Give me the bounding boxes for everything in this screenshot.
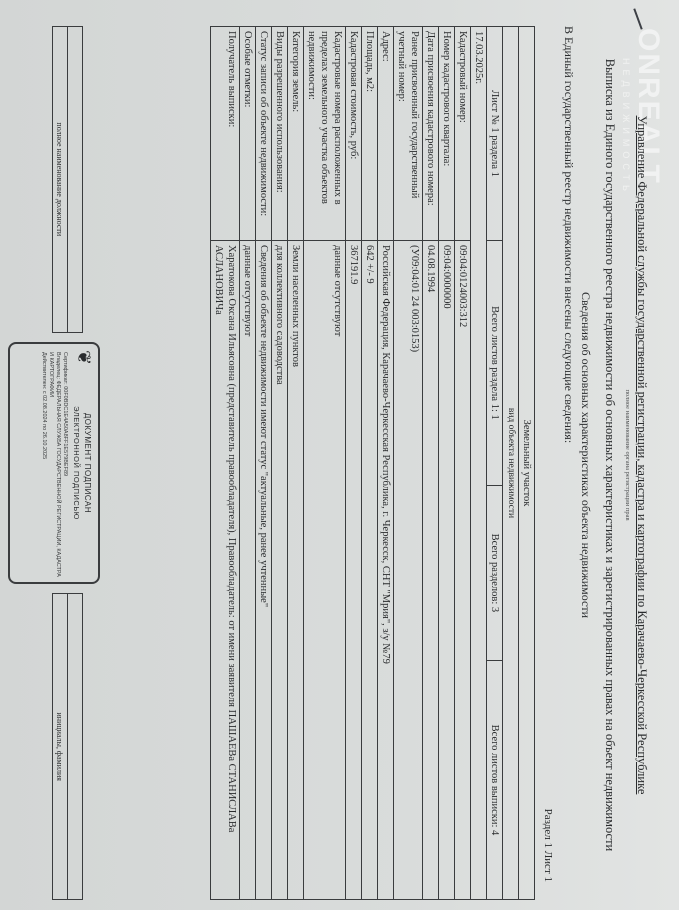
section-label: Раздел 1 Лист 1 — [542, 809, 554, 882]
document-subtitle: Сведения об основных характеристиках объ… — [578, 0, 593, 910]
extract-date: 17.03.2025г. — [471, 27, 487, 900]
row-label: Статус записи об объекте недвижимости: — [256, 27, 272, 241]
cadastral-number-value: 09:04:0124003:312 — [455, 241, 471, 900]
date-row: 17.03.2025г. — [471, 27, 487, 900]
table-row: Особые отметки:данные отсутствуют — [240, 27, 256, 900]
row-value: данные отсутствуют — [240, 241, 256, 900]
extract-table: Земельный участок вид объекта недвижимос… — [210, 26, 535, 900]
row-value: 367191.9 — [346, 241, 362, 900]
stamp-certificate: Сертификат: 00F0BDC1E4A50A8FF1E579BEF89 — [61, 352, 68, 582]
row-label: Номер кадастрового квартала: — [439, 27, 455, 241]
object-type: Земельный участок — [519, 27, 535, 900]
document-title: Выписка из Единого государственного реес… — [602, 0, 617, 910]
cadastral-number-label: Кадастровый номер: — [455, 27, 471, 241]
table-row: Площадь, м2:642 +/- 9 — [362, 27, 378, 900]
organization-caption: полное наименование органа регистрации п… — [624, 0, 631, 910]
object-type-row: Земельный участок — [519, 27, 535, 900]
row-value: Сведения об объекте недвижимости имеют с… — [256, 241, 272, 900]
table-row: Получатель выписки:Харатокова Оксана Иль… — [211, 27, 240, 900]
row-value: для коллективного садоводства — [272, 241, 288, 900]
stamp-owner: Владелец: ФЕДЕРАЛЬНАЯ СЛУЖБА ГОСУДАРСТВЕ… — [47, 352, 61, 582]
table-row: Адрес:Российская Федерация, Карачаево-Че… — [378, 27, 394, 900]
row-label: Адрес: — [378, 27, 394, 241]
object-type-caption: вид объекта недвижимости — [503, 27, 519, 900]
table-row: Статус записи об объекте недвижимости:Св… — [256, 27, 272, 900]
row-label: Виды разрешенного использования: — [272, 27, 288, 241]
emblem-icon: ❦ — [73, 350, 94, 365]
row-label: Ранее присвоенный государственный учетны… — [394, 27, 423, 241]
sheets-total: Всего листов выписки: 4 — [487, 660, 503, 899]
row-value: Харатокова Оксана Ильясовна (представите… — [211, 241, 240, 900]
stamp-subtitle: ЭЛЕКТРОННОЙ ПОДПИСЬЮ — [72, 344, 81, 582]
intro-text: В Единый государственный реестр недвижим… — [561, 26, 576, 443]
position-caption: полное наименование должности — [53, 27, 68, 333]
table-row: Категория земель:Земли населенных пункто… — [288, 27, 304, 900]
stamp-validity: Действителен: с 02.08.2024 по 26.10.2025 — [40, 352, 47, 582]
table-row: Номер кадастрового квартала:09:04:000000… — [439, 27, 455, 900]
row-value: 09:04:0000000 — [439, 241, 455, 900]
cadastral-number-row: Кадастровый номер: 09:04:0124003:312 — [455, 27, 471, 900]
electronic-signature-stamp: ❦ ДОКУМЕНТ ПОДПИСАН ЭЛЕКТРОННОЙ ПОДПИСЬЮ… — [8, 342, 100, 584]
sections-total: Всего разделов: 3 — [487, 485, 503, 660]
organization-name: Управление Федеральной службы государств… — [634, 0, 649, 910]
row-label: Кадастровые номера расположенных в преде… — [304, 27, 346, 241]
table-row: Кадастровая стоимость, руб:367191.9 — [346, 27, 362, 900]
document-page: ONREALT НЕДВИЖИМОСТЬ Управление Федераль… — [0, 0, 679, 910]
stamp-title: ДОКУМЕНТ ПОДПИСАН — [83, 344, 92, 582]
row-label: Кадастровая стоимость, руб: — [346, 27, 362, 241]
row-value: 642 +/- 9 — [362, 241, 378, 900]
row-label: Категория земель: — [288, 27, 304, 241]
name-caption: инициалы, фамилия — [53, 594, 68, 900]
name-cell — [68, 594, 83, 900]
table-row: Ранее присвоенный государственный учетны… — [394, 27, 423, 900]
row-label: Площадь, м2: — [362, 27, 378, 241]
position-cell — [68, 27, 83, 333]
object-type-caption-row: вид объекта недвижимости — [503, 27, 519, 900]
row-value: Российская Федерация, Карачаево-Черкесск… — [378, 241, 394, 900]
table-row: Дата присвоения кадастрового номера:04.0… — [423, 27, 439, 900]
row-value: Земли населенных пунктов — [288, 241, 304, 900]
row-label: Особые отметки: — [240, 27, 256, 241]
sheet-number: Лист № 1 раздела 1 — [487, 27, 503, 241]
row-label: Дата присвоения кадастрового номера: — [423, 27, 439, 241]
table-row: Виды разрешенного использования:для колл… — [272, 27, 288, 900]
row-value: данные отсутствуют — [304, 241, 346, 900]
row-value: (У09:04:01 24 003:0153) — [394, 241, 423, 900]
table-row: Кадастровые номера расположенных в преде… — [304, 27, 346, 900]
row-label: Получатель выписки: — [211, 27, 240, 241]
sheets-in-section: Всего листов раздела 1: 1 — [487, 241, 503, 486]
sheet-info-row: Лист № 1 раздела 1 Всего листов раздела … — [487, 27, 503, 900]
row-value: 04.08.1994 — [423, 241, 439, 900]
